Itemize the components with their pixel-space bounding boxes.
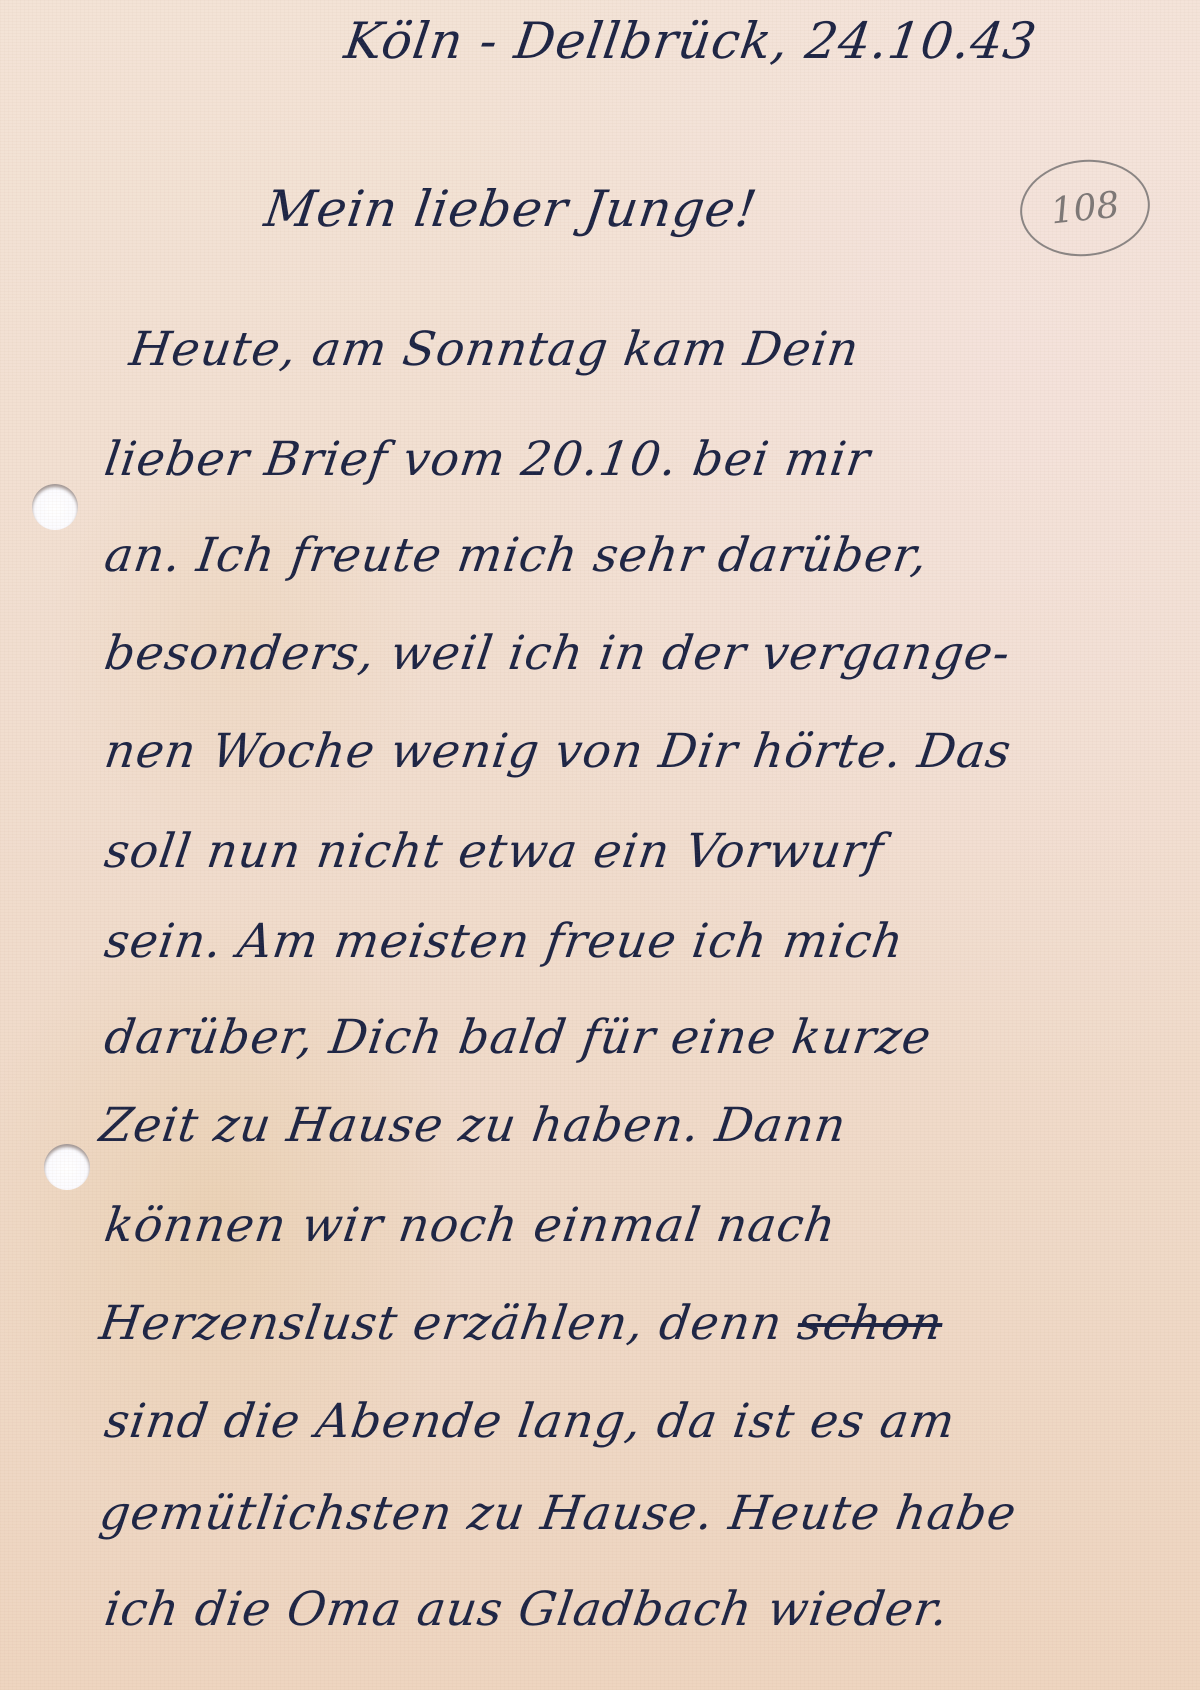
letter-line-3: an. Ich freute mich sehr darüber, [101,528,931,583]
punch-hole-top [32,484,78,530]
letter-line-1: Heute, am Sonntag kam Dein [126,322,863,377]
letter-line-2: lieber Brief vom 20.10. bei mir [101,432,874,487]
letter-line-10: können wir noch einmal nach [101,1198,839,1253]
struck-word: schon [794,1296,946,1351]
archive-number: 108 [1049,184,1122,232]
letter-line-4: besonders, weil ich in der vergange- [101,626,1014,681]
letter-line-12: sind die Abende lang, da ist es am [101,1394,959,1449]
place-date-heading: Köln - Dellbrück, 24.10.43 [341,12,1041,70]
letter-line-5: nen Woche wenig von Dir hörte. Das [101,724,1015,779]
salutation: Mein lieber Junge! [261,180,761,238]
letter-line-13: gemütlichsten zu Hause. Heute habe [96,1486,1020,1541]
letter-line-9: Zeit zu Hause zu haben. Dann [96,1098,850,1153]
letter-line-14: ich die Oma aus Gladbach wieder. [101,1582,952,1637]
punch-hole-bottom [44,1144,90,1190]
letter-line-7: sein. Am meisten freue ich mich [101,914,907,969]
archive-number-circle: 108 [1015,153,1154,262]
letter-line-11: Herzenslust erzählen, denn schon [96,1296,946,1351]
letter-page: Köln - Dellbrück, 24.10.43 108 Mein lieb… [0,0,1200,1690]
letter-line-6: soll nun nicht etwa ein Vorwurf [101,824,887,879]
letter-line-8: darüber, Dich bald für eine kurze [101,1010,935,1065]
